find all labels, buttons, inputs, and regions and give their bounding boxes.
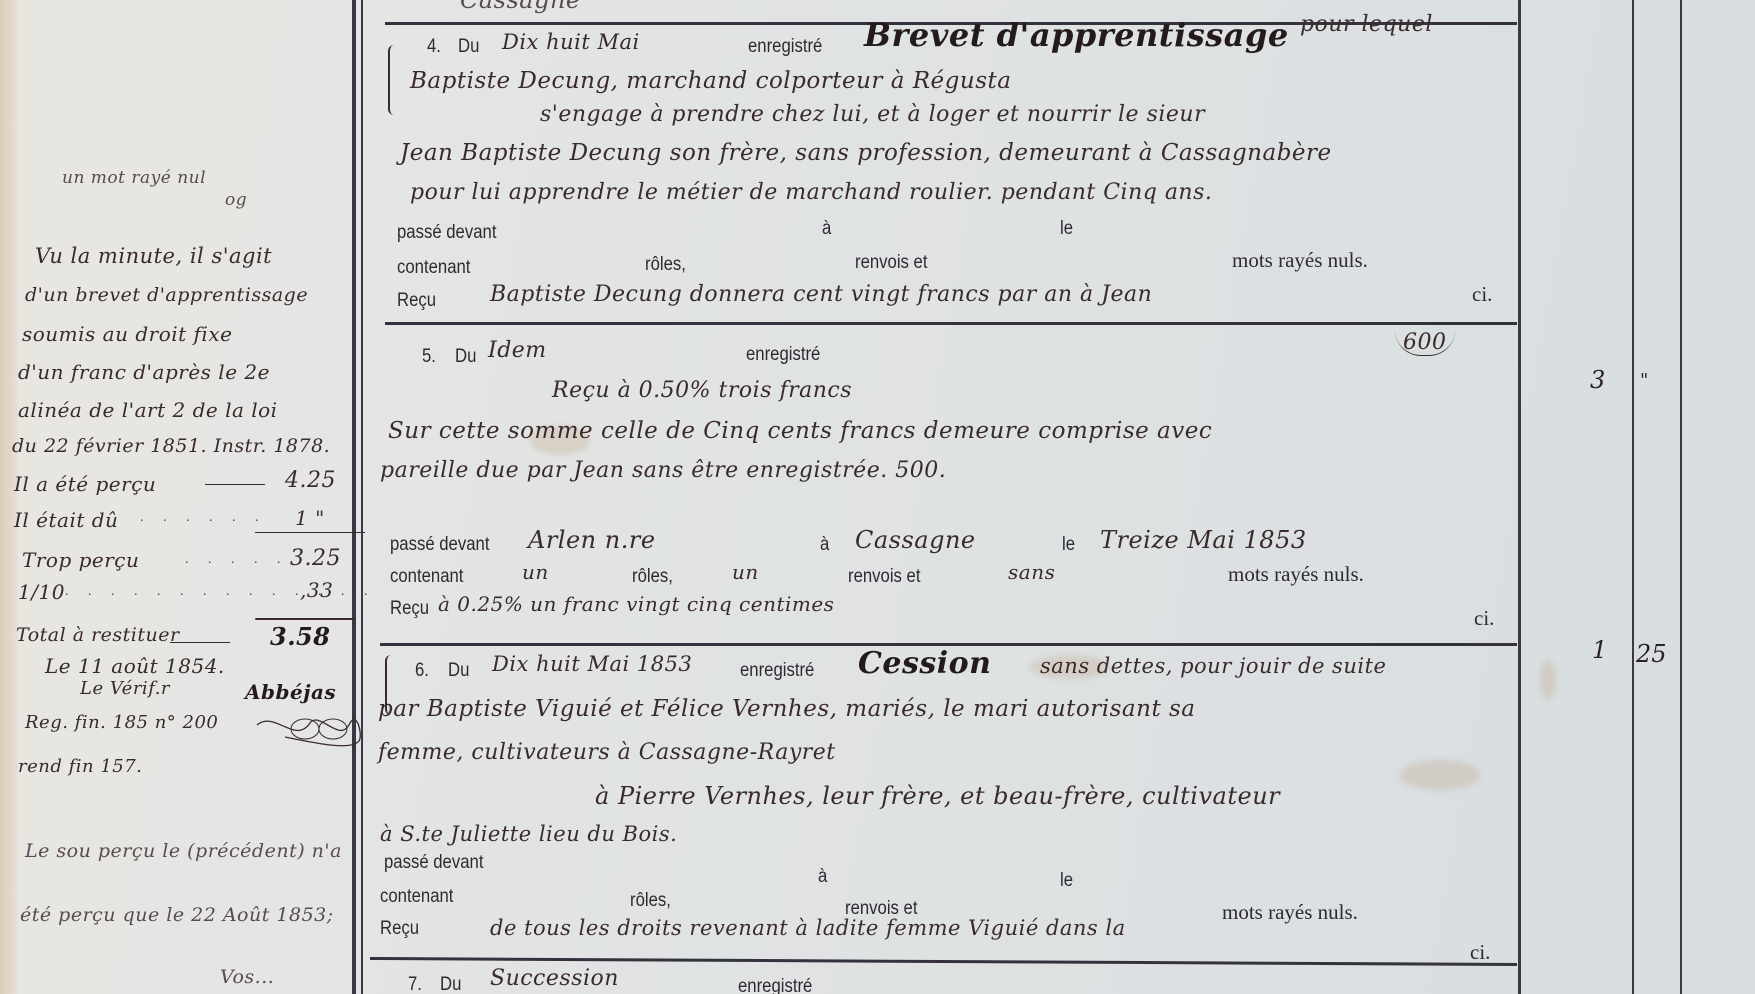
ledger-label: Trop perçu <box>22 548 139 572</box>
ledger-value: 1 " <box>295 506 325 530</box>
ledger-dash <box>205 484 265 485</box>
ledger-value: 4.25 <box>285 468 336 493</box>
le-label: le <box>1062 534 1075 556</box>
page-binding-edge <box>0 0 18 994</box>
renvois-value: un <box>732 560 759 584</box>
passe-devant-label: passé devant <box>384 852 483 874</box>
body-line: pour lui apprendre le métier de marchand… <box>410 180 1212 205</box>
ledger-value: ,33 <box>300 578 333 602</box>
le-label: le <box>1060 870 1073 892</box>
ci-label: ci. <box>1474 606 1494 631</box>
body-line: pour lequel <box>1300 12 1433 37</box>
ci-label: ci. <box>1470 940 1490 965</box>
entry-date: Idem <box>488 338 547 363</box>
recu-label: Reçu <box>380 918 419 940</box>
side-amount: 600 <box>1395 330 1455 356</box>
margin-closing-line: Reg. fin. 185 n° 200 <box>25 712 218 733</box>
margin-top-note: og <box>225 190 247 210</box>
margin-rule-double <box>352 0 356 994</box>
a-label: à <box>820 534 829 556</box>
ledger-label: 1/10 <box>18 580 65 604</box>
ledger-total-line <box>255 618 355 620</box>
recu-label: Reçu <box>397 290 436 312</box>
body-line: Jean Baptiste Decung son frère, sans pro… <box>400 140 1332 166</box>
du-label: Du <box>448 660 469 682</box>
body-line: Sur cette somme celle de Cinq cents fran… <box>388 418 1212 444</box>
margin-footnote-line: Le sou perçu le (précédent) n'a <box>25 840 342 862</box>
margin-closing-line: Le 11 août 1854. <box>45 654 225 678</box>
entry-separator <box>370 957 1517 966</box>
body-line: femme, cultivateurs à Cassagne-Rayret <box>378 740 836 765</box>
paper-stain <box>1540 660 1556 700</box>
margin-note-line: Vu la minute, il s'agit <box>35 244 272 268</box>
recu-text: de tous les droits revenant à ladite fem… <box>490 916 1126 940</box>
body-line: à S.te Juliette lieu du Bois. <box>380 822 677 846</box>
entry-number: 6. <box>415 660 429 682</box>
du-label: Du <box>455 346 476 368</box>
enregistre-label: enregistré <box>748 36 822 58</box>
margin-rule <box>361 0 363 994</box>
mots-rayes-label: mots rayés nuls. <box>1228 562 1364 587</box>
passe-devant-label: passé devant <box>397 222 496 244</box>
entry-number: 7. <box>408 974 422 994</box>
right-column-rule <box>1680 0 1682 994</box>
act-type: Cession <box>858 646 991 681</box>
verifier-signature: Abbéjas <box>245 680 336 704</box>
act-type: Brevet d'apprentissage <box>864 16 1289 54</box>
renvois-label: renvois et <box>848 566 920 588</box>
mots-rayes-label: mots rayés nuls. <box>1232 248 1368 273</box>
entry-number: 4. <box>427 36 441 58</box>
ledger-sum-line <box>255 532 365 533</box>
passe-devant-value: Arlen n.re <box>528 526 656 554</box>
contenant-label: contenant <box>390 566 463 588</box>
cents-column-rule <box>1632 0 1634 994</box>
recu-text: Baptiste Decung donnera cent vingt franc… <box>490 282 1152 307</box>
entry-separator <box>385 322 1517 325</box>
signature-flourish-icon <box>255 705 365 755</box>
entry-date: Dix huit Mai 1853 <box>492 652 692 676</box>
body-line: pareille due par Jean sans être enregist… <box>380 458 946 483</box>
passe-devant-label: passé devant <box>390 534 489 556</box>
ledger-total-value: 3.58 <box>270 622 330 651</box>
body-line: par Baptiste Viguié et Félice Vernhes, m… <box>378 696 1196 722</box>
entry-date: Dix huit Mai <box>502 30 640 54</box>
contenant-label: contenant <box>380 886 453 908</box>
previous-entry-tail: Cassagne <box>460 0 581 14</box>
du-label: Du <box>458 36 479 58</box>
margin-note-line: soumis au droit fixe <box>22 322 232 346</box>
margin-closing-line: Le Vérif.r <box>80 678 170 699</box>
enregistre-label: enregistré <box>746 344 820 366</box>
body-line: s'engage à prendre chez lui, et à loger … <box>540 102 1205 127</box>
entry-brace <box>388 45 396 115</box>
le-value: Treize Mai 1853 <box>1100 526 1307 554</box>
amount-francs: 1 <box>1592 636 1607 664</box>
ledger-label: Il a été perçu <box>14 472 156 496</box>
body-line: à Pierre Vernhes, leur frère, et beau-fr… <box>595 782 1280 810</box>
ledger-dots: . . . . . . <box>140 510 267 526</box>
a-label: à <box>818 866 827 888</box>
a-label: à <box>822 218 831 240</box>
roles-value: un <box>522 560 549 584</box>
entry-date: Succession <box>490 966 619 991</box>
amount-centimes: 25 <box>1636 640 1667 668</box>
body-line: Baptiste Decung, marchand colporteur à R… <box>410 68 1011 94</box>
body-line: sans dettes, pour jouir de suite <box>1040 654 1386 678</box>
amount-francs: 3 <box>1590 366 1605 394</box>
recu-label: Reçu <box>390 598 429 620</box>
margin-footnote-line: été perçu que le 22 Août 1853; <box>20 904 334 926</box>
contenant-label: contenant <box>397 257 470 279</box>
renvois-label: renvois et <box>855 252 927 274</box>
body-line: Reçu à 0.50% trois francs <box>552 378 852 403</box>
mots-rayes-label: mots rayés nuls. <box>1222 900 1358 925</box>
a-value: Cassagne <box>855 526 976 554</box>
margin-top-note: un mot rayé nul <box>62 168 206 188</box>
ledger-label: Il était dû <box>14 508 118 532</box>
ledger-dash <box>170 642 230 643</box>
mots-value: sans <box>1008 560 1055 584</box>
paper-stain <box>1400 760 1480 790</box>
margin-note-line: du 22 février 1851. Instr. 1878. <box>12 435 330 457</box>
entry-number: 5. <box>422 346 436 368</box>
margin-footnote-line: Vos... <box>220 966 274 988</box>
margin-note-line: alinéa de l'art 2 de la loi <box>18 398 278 422</box>
ledger-value: 3.25 <box>290 546 341 571</box>
ledger-label: Total à restituer <box>16 624 180 646</box>
ci-label: ci. <box>1472 282 1492 307</box>
le-label: le <box>1060 218 1073 240</box>
ledger-dots: . . . . . <box>185 552 289 568</box>
roles-label: rôles, <box>630 890 671 912</box>
du-label: Du <box>440 974 461 994</box>
margin-note-line: d'un franc d'après le 2e <box>18 360 270 384</box>
margin-closing-line: rend fin 157. <box>18 756 142 777</box>
recu-text: à 0.25% un franc vingt cinq centimes <box>438 592 834 616</box>
amount-centimes: " <box>1640 370 1648 391</box>
margin-note-line: d'un brevet d'apprentissage <box>25 284 308 306</box>
amount-column-rule <box>1518 0 1521 994</box>
roles-label: rôles, <box>645 254 686 276</box>
roles-label: rôles, <box>632 566 673 588</box>
enregistre-label: enregistré <box>738 976 812 994</box>
enregistre-label: enregistré <box>740 660 814 682</box>
